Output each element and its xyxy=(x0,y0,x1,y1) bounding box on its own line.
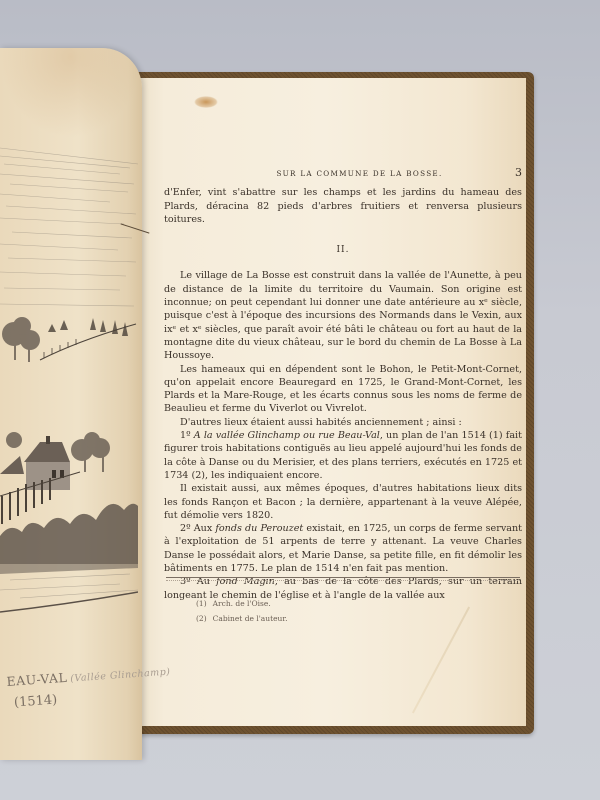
footnote-text: Cabinet de l'auteur. xyxy=(213,611,288,626)
foxing-stain xyxy=(194,96,218,108)
landscape-engraving xyxy=(0,144,138,614)
footnote-mark: (2) xyxy=(196,611,207,626)
paragraph-continued: d'Enfer, vint s'abattre sur les champs e… xyxy=(164,186,522,226)
section-heading: II. xyxy=(164,244,522,257)
footnote-rule xyxy=(166,577,520,578)
paragraph: D'autres lieux étaient aussi habités anc… xyxy=(164,416,522,429)
footnote-1: (1)Arch. de l'Oise. xyxy=(196,596,288,611)
page-number: 3 xyxy=(515,166,522,179)
paragraph: Il existait aussi, aux mêmes époques, d'… xyxy=(164,482,522,522)
plate-year: (1514) xyxy=(14,693,58,711)
item-prefix: 1º xyxy=(180,430,194,441)
list-item-1: 1º A la vallée Glinchamp ou rue Beau-Val… xyxy=(164,429,522,482)
running-head: SUR LA COMMUNE DE LA BOSSE. 3 xyxy=(164,166,522,180)
paragraph: Le village de La Bosse est construit dan… xyxy=(164,269,522,362)
place-name: A la vallée Glinchamp ou rue Beau-Val xyxy=(194,430,380,441)
footnote-2: (2)Cabinet de l'auteur. xyxy=(196,611,288,626)
caption-title: EAU-VAL xyxy=(6,670,68,689)
page-text-block: SUR LA COMMUNE DE LA BOSSE. 3 d'Enfer, v… xyxy=(164,166,522,602)
left-page-plate: EAU-VAL(Vallée Glinchamp) (1514) xyxy=(0,48,142,760)
item-prefix: 2º Aux xyxy=(180,523,215,534)
footnote-text: Arch. de l'Oise. xyxy=(213,596,271,611)
place-name: fonds du Perouzet xyxy=(215,523,303,534)
list-item-2: 2º Aux fonds du Perouzet existait, en 17… xyxy=(164,522,522,575)
footnote-mark: (1) xyxy=(196,596,207,611)
running-head-title: SUR LA COMMUNE DE LA BOSSE. xyxy=(164,167,515,180)
paragraph: Les hameaux qui en dépendent sont le Boh… xyxy=(164,363,522,416)
footnotes: (1)Arch. de l'Oise. (2)Cabinet de l'aute… xyxy=(196,596,288,626)
